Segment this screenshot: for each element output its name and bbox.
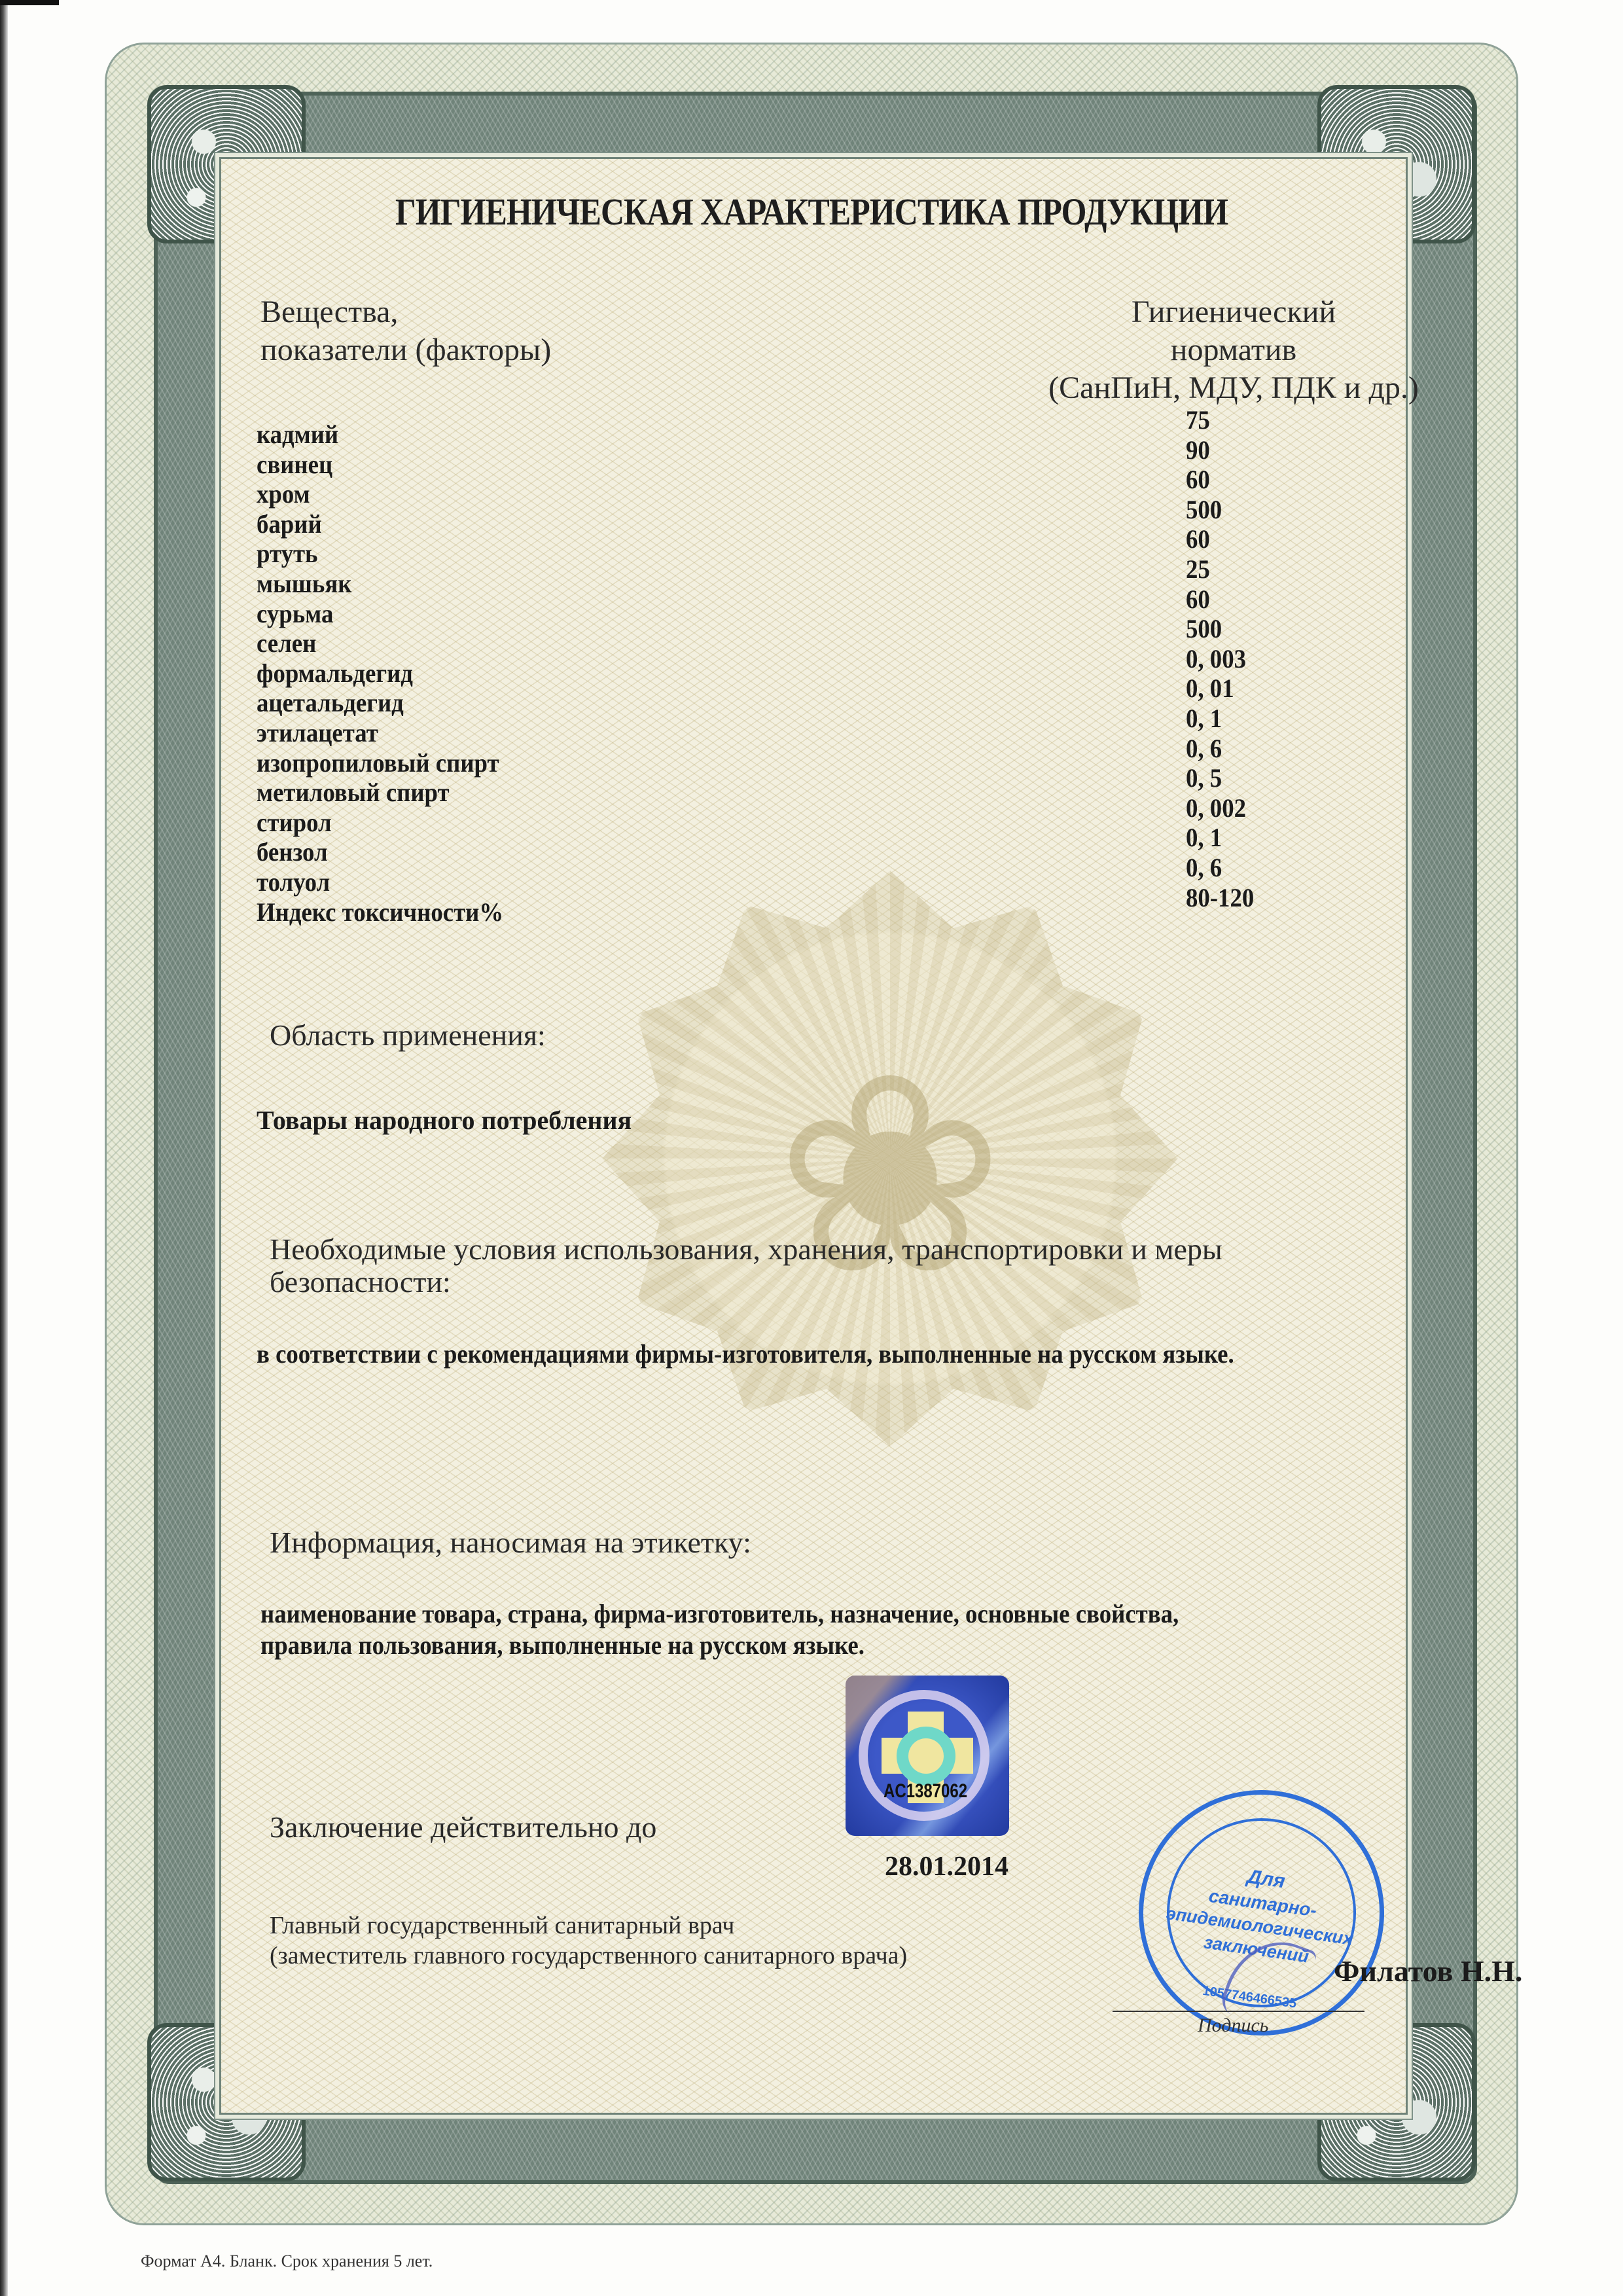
table-row: изопропиловый спирт0, 6 <box>257 741 1304 771</box>
table-row: толуол0, 6 <box>257 860 1304 890</box>
conditions-label-line2: безопасности: <box>270 1265 451 1299</box>
conditions-value: в соответствии с рекомендациями фирмы-из… <box>257 1338 1234 1369</box>
header-line: Гигиенический <box>1021 293 1446 331</box>
coat-of-arms-eagle-icon: ❀ <box>726 995 1054 1361</box>
scope-label: Область применения: <box>270 1018 546 1052</box>
table-row: стирол0, 002 <box>257 800 1304 831</box>
hologram-emblem-icon <box>897 1727 955 1785</box>
scanner-edge <box>0 0 8 2296</box>
table-row: Индекс токсичности%80-120 <box>257 890 1304 920</box>
table-row: мышьяк25 <box>257 562 1304 592</box>
table-row: этилацетат0, 1 <box>257 711 1304 741</box>
table-row: бензол0, 1 <box>257 830 1304 860</box>
signatory-name: Филатов Н.Н. <box>1334 1954 1522 1988</box>
table-row: формальдегид0, 003 <box>257 651 1304 681</box>
signatory-title-line1: Главный государственный санитарный врач <box>270 1911 734 1940</box>
label-info-label: Информация, наносимая на этикетку: <box>270 1525 751 1560</box>
table-row: барий500 <box>257 502 1304 532</box>
table-row: свинец90 <box>257 442 1304 473</box>
conditions-label-line1: Необходимые условия использования, хране… <box>270 1232 1222 1266</box>
scope-value: Товары народного потребления <box>257 1105 632 1136</box>
header-line: Вещества, <box>260 293 551 331</box>
header-line: показатели (факторы) <box>260 331 551 369</box>
signature-line <box>1113 2011 1364 2012</box>
column-header-standard: Гигиенический норматив (СанПиН, МДУ, ПДК… <box>1021 293 1446 407</box>
header-line: (СанПиН, МДУ, ПДК и др.) <box>1021 369 1446 407</box>
hologram-number: AC1387062 <box>883 1780 967 1803</box>
substance-norm-value: 0, 6 <box>1186 852 1222 883</box>
substance-norm-value: 60 <box>1186 464 1210 495</box>
substances-table: кадмий75свинец90хром60барий500ртуть60мыш… <box>257 412 1304 920</box>
form-footer: Формат А4. Бланк. Срок хранения 5 лет. <box>141 2251 433 2271</box>
substance-norm-value: 500 <box>1186 613 1222 644</box>
signature-label: Подпись <box>1198 2015 1268 2037</box>
table-row: кадмий75 <box>257 412 1304 442</box>
table-row: сурьма60 <box>257 592 1304 622</box>
substance-norm-value: 0, 5 <box>1186 762 1222 793</box>
label-info-value-line1: наименование товара, страна, фирма-изгот… <box>260 1598 1179 1629</box>
hologram-sticker: AC1387062 <box>846 1676 1009 1836</box>
substance-norm-value: 75 <box>1186 404 1210 435</box>
substance-norm-value: 90 <box>1186 435 1210 465</box>
document-title: ГИГИЕНИЧЕСКАЯ ХАРАКТЕРИСТИКА ПРОДУКЦИИ <box>114 190 1510 234</box>
table-row: ртуть60 <box>257 531 1304 562</box>
substance-norm-value: 60 <box>1186 524 1210 554</box>
substance-norm-value: 80-120 <box>1186 882 1254 913</box>
column-header-substances: Вещества, показатели (факторы) <box>260 293 551 369</box>
signatory-title-line2: (заместитель главного государственного с… <box>270 1941 907 1970</box>
validity-date: 28.01.2014 <box>885 1851 1008 1882</box>
substance-norm-value: 60 <box>1186 584 1210 615</box>
substance-norm-value: 0, 01 <box>1186 673 1234 704</box>
substance-norm-value: 0, 6 <box>1186 733 1222 764</box>
table-row: селен500 <box>257 621 1304 651</box>
substance-norm-value: 0, 1 <box>1186 703 1222 734</box>
substance-norm-value: 0, 003 <box>1186 643 1246 674</box>
substance-norm-value: 25 <box>1186 554 1210 584</box>
substance-norm-value: 0, 002 <box>1186 793 1246 823</box>
table-row: ацетальдегид0, 01 <box>257 681 1304 711</box>
scanner-edge-top <box>0 0 59 5</box>
substance-norm-value: 0, 1 <box>1186 822 1222 853</box>
substance-name: Индекс токсичности% <box>257 897 503 927</box>
label-info-value-line2: правила пользования, выполненные на русс… <box>260 1630 865 1660</box>
table-row: хром60 <box>257 472 1304 502</box>
table-row: метиловый спирт0, 5 <box>257 770 1304 800</box>
header-line: норматив <box>1021 331 1446 369</box>
validity-label: Заключение действительно до <box>270 1810 656 1844</box>
substance-norm-value: 500 <box>1186 494 1222 525</box>
